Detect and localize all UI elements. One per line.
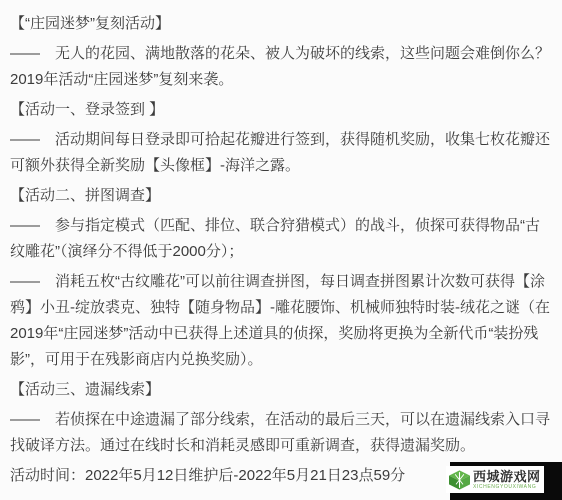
gem-icon [449, 470, 470, 490]
site-name-pinyin: XICHENGYOUXIWANG [473, 485, 541, 490]
signin-paragraph: —— 活动期间每日登录即可拾起花瓣进行签到，获得随机奖励，收集七枚花瓣还可额外获… [10, 127, 552, 179]
section-heading-signin: 【活动一、登录签到 】 [10, 97, 552, 123]
clues-paragraph: —— 若侦探在中途遗漏了部分线索，在活动的最后三天，可以在遗漏线索入口寻找破译方… [10, 407, 552, 459]
site-watermark-box: 西城游戏网 XICHENGYOUXIWANG [446, 466, 544, 493]
site-watermark-text: 西城游戏网 XICHENGYOUXIWANG [473, 470, 541, 490]
event-intro-paragraph: —— 无人的花园、满地散落的花朵、被人为破坏的线索，这些问题会难倒你么？2019… [10, 41, 552, 93]
puzzle-paragraph-1: —— 参与指定模式（匹配、排位、联合狩猎模式）的战斗，侦探可获得物品“古纹雕花”… [10, 213, 552, 265]
site-name: 西城游戏网 [473, 470, 541, 483]
site-watermark: 西城游戏网 XICHENGYOUXIWANG [450, 462, 562, 500]
section-heading-clues: 【活动三、遗漏线索】 [10, 377, 552, 403]
event-title: 【“庄园迷梦”复刻活动】 [10, 11, 552, 37]
article: 【“庄园迷梦”复刻活动】 —— 无人的花园、满地散落的花朵、被人为破坏的线索，这… [0, 0, 562, 489]
section-heading-puzzle: 【活动二、拼图调查】 [10, 183, 552, 209]
puzzle-paragraph-2: —— 消耗五枚“古纹雕花”可以前往调查拼图，每日调查拼图累计次数可获得【涂鸦】小… [10, 269, 552, 373]
